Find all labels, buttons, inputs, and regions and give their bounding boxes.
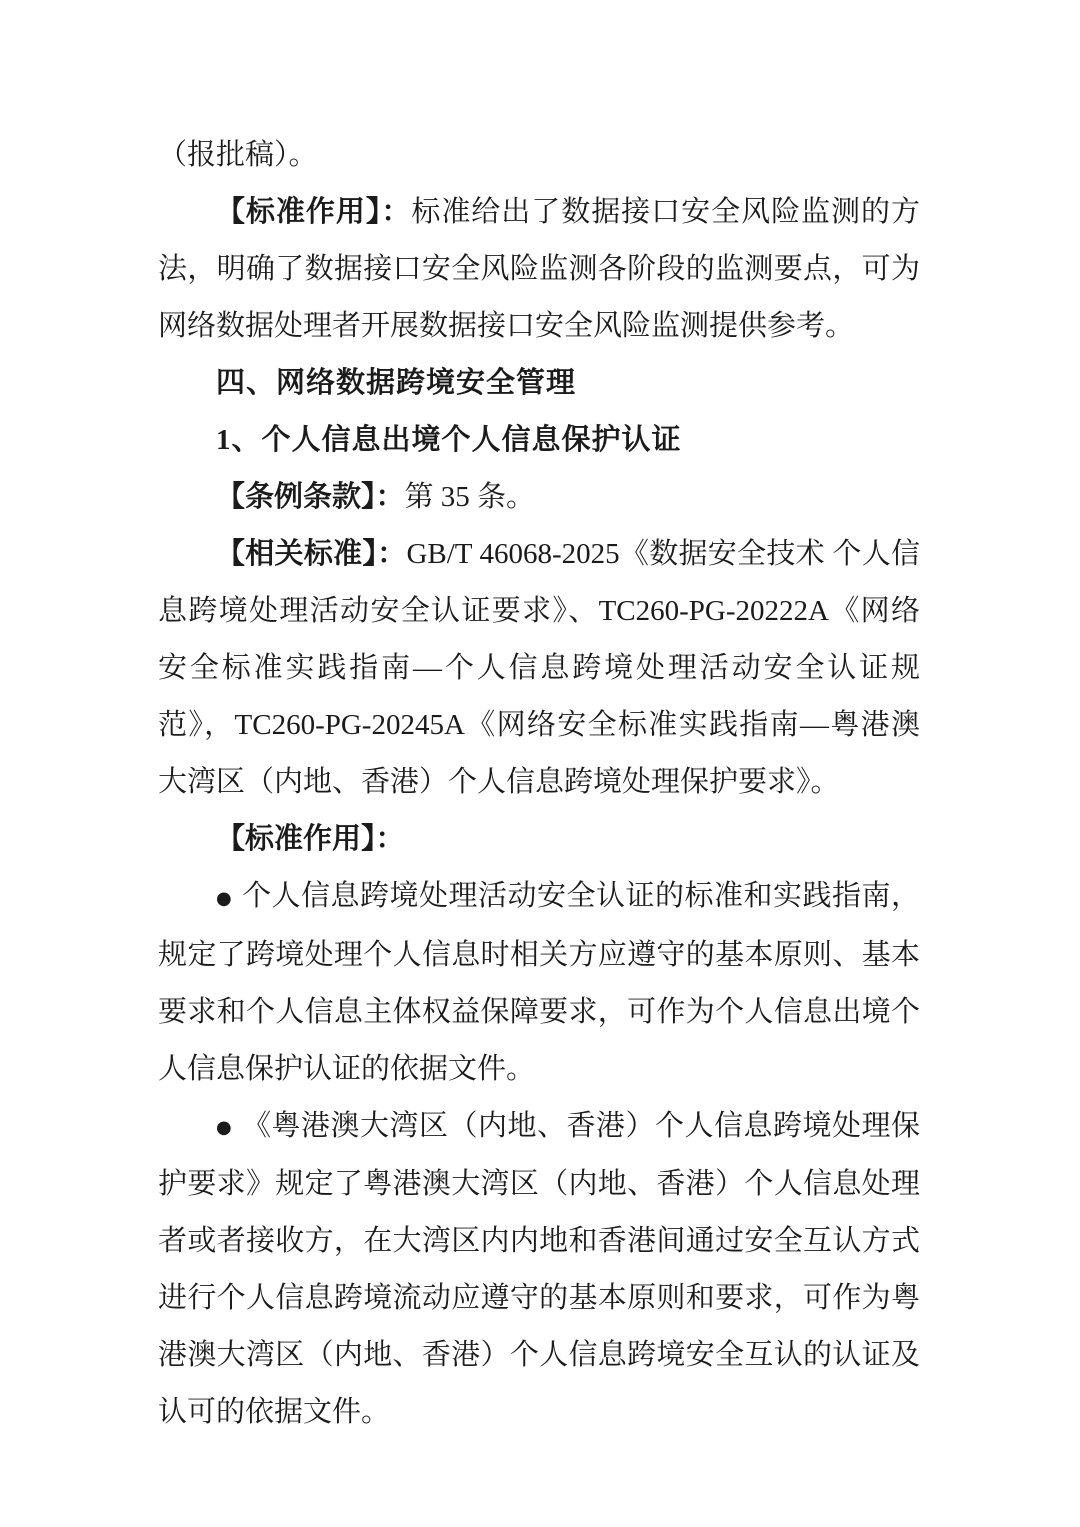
paragraph-text: 《粤港澳大湾区（内地、香港）个人信息跨境处理保护要求》规定了粤港澳大湾区（内地、… [158,1110,920,1429]
bracket-label: 【相关标准】： [216,538,406,570]
labeled-paragraph-related-standards: 【相关标准】：GB/T 46068-2025《数据安全技术 个人信息跨境处理活动… [158,526,920,811]
bullet-icon: ● [216,888,232,909]
bullet-paragraph-certification: ●个人信息跨境处理活动安全认证的标准和实践指南，规定了跨境处理个人信息时相关方应… [158,868,920,1098]
bullet-paragraph-greater-bay-area: ●《粤港澳大湾区（内地、香港）个人信息跨境处理保护要求》规定了粤港澳大湾区（内地… [158,1098,920,1442]
labeled-paragraph-standard-role-2: 【标准作用】： [158,811,920,868]
section-heading: 四、网络数据跨境安全管理 [158,355,920,412]
paragraph-text: 第 35 条。 [405,481,536,513]
bracket-label: 【标准作用】： [216,823,405,855]
labeled-paragraph-regulation-clause: 【条例条款】：第 35 条。 [158,469,920,526]
paragraph-text: 个人信息跨境处理活动安全认证的标准和实践指南，规定了跨境处理个人信息时相关方应遵… [158,880,920,1085]
paragraph-continuation: （报批稿）。 [158,127,920,184]
labeled-paragraph-standard-role-1: 【标准作用】：标准给出了数据接口安全风险监测的方法，明确了数据接口安全风险监测各… [158,184,920,355]
subsection-heading: 1、个人信息出境个人信息保护认证 [158,412,920,469]
bracket-label: 【条例条款】： [216,481,405,513]
paragraph-text: GB/T 46068-2025《数据安全技术 个人信息跨境处理活动安全认证要求》… [158,538,920,798]
bracket-label: 【标准作用】： [216,196,411,228]
paragraph-text: （报批稿）。 [158,139,318,171]
document-page: （报批稿）。 【标准作用】：标准给出了数据接口安全风险监测的方法，明确了数据接口… [0,0,1080,1527]
bullet-icon: ● [216,1117,232,1138]
